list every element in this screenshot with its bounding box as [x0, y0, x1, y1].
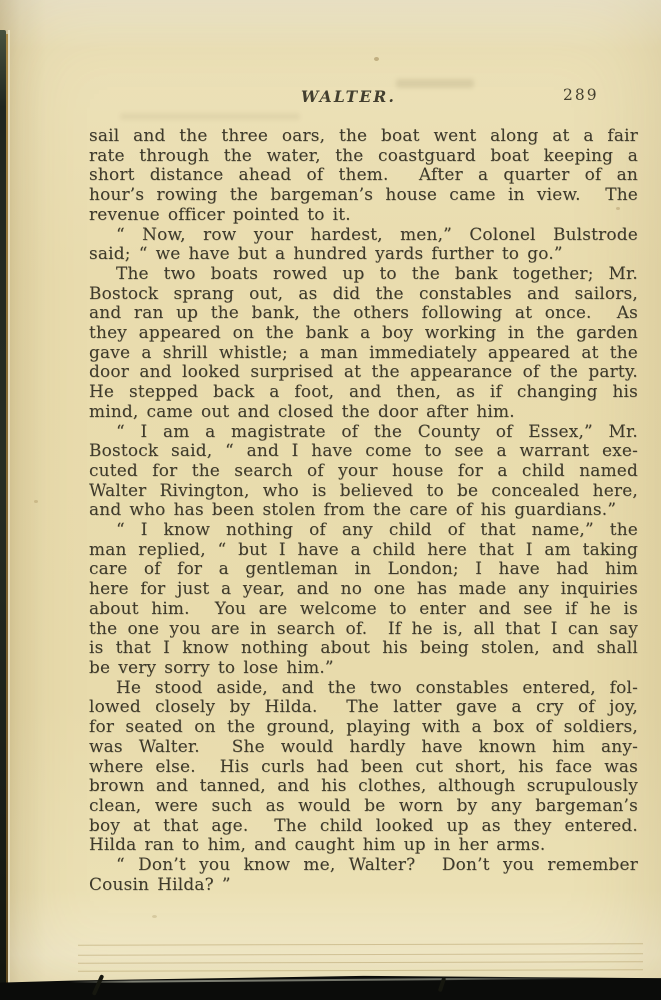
paragraph: “ Don’t you know me, Walter? Don’t you r…	[89, 855, 638, 894]
text-line: Bostock sprang out, as did the constable…	[89, 284, 638, 304]
gutter-highlight-line	[8, 30, 10, 990]
text-line: said; “ we have but a hundred yards furt…	[89, 244, 638, 264]
paragraph: “ I know nothing of any child of that na…	[89, 520, 638, 678]
text-line: The two boats rowed up to the bank toget…	[89, 264, 638, 284]
text-line: Bostock said, “ and I have come to see a…	[89, 441, 638, 461]
text-line: He stood aside, and the two constables e…	[89, 678, 638, 698]
text-line: sail and the three oars, the boat went a…	[89, 126, 638, 146]
text-line: and ran up the bank, the others followin…	[89, 303, 638, 323]
text-line: about him. You are welcome to enter and …	[89, 599, 638, 619]
text-line: Hilda ran to him, and caught him up in h…	[89, 835, 638, 855]
paper-speck	[616, 207, 620, 210]
text-line: He stepped back a foot, and then, as if …	[89, 382, 638, 402]
paragraph: “ I am a magistrate of the County of Ess…	[89, 422, 638, 521]
text-line: care of for a gentleman in London; I hav…	[89, 559, 638, 579]
text-line: revenue officer pointed to it.	[89, 205, 638, 225]
ink-ghost-smudge	[120, 113, 300, 120]
paragraph: The two boats rowed up to the bank toget…	[89, 264, 638, 422]
running-title: WALTER.	[301, 87, 396, 106]
paragraph: “ Now, row your hardest, men,” Colonel B…	[89, 225, 638, 264]
ink-ghost-smudge	[396, 79, 474, 88]
text-line: clean, were such as would be worn by any…	[89, 796, 638, 816]
page-stack-line	[78, 953, 643, 955]
text-line: is that I know nothing about his being s…	[89, 638, 638, 658]
text-line: “ Don’t you know me, Walter? Don’t you r…	[89, 855, 638, 875]
text-line: boy at that age. The child looked up as …	[89, 816, 638, 836]
text-line: mind, came out and closed the door after…	[89, 402, 638, 422]
text-line: cuted for the search of your house for a…	[89, 461, 638, 481]
paper-speck	[34, 500, 38, 503]
text-line: brown and tanned, and his clothes, altho…	[89, 776, 638, 796]
text-line: rate through the water, the coastguard b…	[89, 146, 638, 166]
text-line: door and looked surprised at the appeara…	[89, 362, 638, 382]
text-line: “ I know nothing of any child of that na…	[89, 520, 638, 540]
text-line: and who has been stolen from the care of…	[89, 500, 638, 520]
paragraph: sail and the three oars, the boat went a…	[89, 126, 638, 225]
text-line: “ I am a magistrate of the County of Ess…	[89, 422, 638, 442]
book-gutter-edge	[0, 30, 11, 1000]
paragraph: He stood aside, and the two constables e…	[89, 678, 638, 855]
text-line: they appeared on the bank a boy working …	[89, 323, 638, 343]
text-line: “ Now, row your hardest, men,” Colonel B…	[89, 225, 638, 245]
text-block: sail and the three oars, the boat went a…	[89, 126, 638, 894]
book-page-scan: WALTER. 289 sail and the three oars, the…	[0, 0, 661, 1000]
text-line: be very sorry to lose him.”	[89, 658, 638, 678]
paper-speck	[374, 57, 379, 61]
text-line: Cousin Hilda? ”	[89, 875, 638, 895]
text-line: here for just a year, and no one has mad…	[89, 579, 638, 599]
text-line: for seated on the ground, playing with a…	[89, 717, 638, 737]
text-line: short distance ahead of them. After a qu…	[89, 165, 638, 185]
page-stack-line	[78, 943, 643, 945]
page-number: 289	[563, 86, 599, 104]
text-line: was Walter. She would hardly have known …	[89, 737, 638, 757]
text-line: where else. His curls had been cut short…	[89, 757, 638, 777]
paper-speck	[152, 915, 157, 918]
text-line: man replied, “ but I have a child here t…	[89, 540, 638, 560]
text-line: gave a shrill whistle; a man immediately…	[89, 343, 638, 363]
text-line: hour’s rowing the bargeman’s house came …	[89, 185, 638, 205]
page-stack-line	[78, 969, 643, 971]
page-stack-line	[78, 961, 643, 963]
text-line: the one you are in search of. If he is, …	[89, 619, 638, 639]
text-line: lowed closely by Hilda. The latter gave …	[89, 697, 638, 717]
text-line: Walter Rivington, who is believed to be …	[89, 481, 638, 501]
